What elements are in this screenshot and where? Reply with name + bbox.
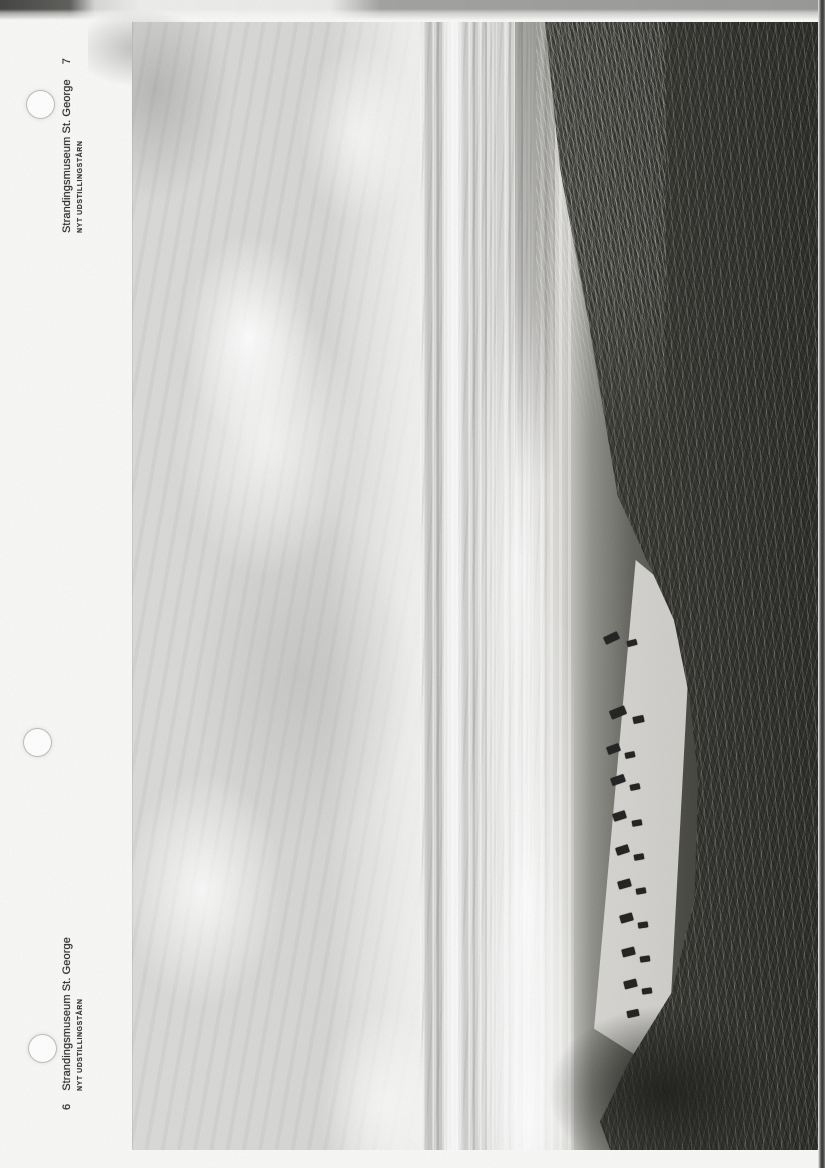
groyne-post (603, 631, 620, 645)
left-page-header: 6Strandingsmuseum St. George NYT UDSTILL… (61, 932, 85, 1110)
scan-edge-top (0, 0, 825, 20)
spread-photo (132, 22, 818, 1150)
photo-grass-highlights (536, 22, 666, 442)
scanned-page: Strandingsmuseum St. George7 NYT UDSTILL… (0, 0, 825, 1168)
right-page-title: Strandingsmuseum St. George (61, 79, 73, 233)
photo-sky-clouds (132, 22, 424, 1150)
right-page-subtitle: NYT UDSTILLINGSTÅRN (76, 55, 85, 233)
photo-wet-sand (540, 997, 780, 1150)
right-page-number: 7 (61, 58, 73, 64)
left-page-subtitle: NYT UDSTILLINGSTÅRN (76, 932, 85, 1091)
punch-hole-middle (24, 729, 51, 756)
scan-edge-right (818, 0, 825, 1168)
right-page-header: Strandingsmuseum St. George7 NYT UDSTILL… (61, 55, 85, 233)
left-page-title: Strandingsmuseum St. George (61, 937, 73, 1091)
punch-hole-top (27, 91, 54, 118)
left-page-number: 6 (61, 1104, 73, 1110)
punch-hole-bottom (29, 1035, 56, 1062)
